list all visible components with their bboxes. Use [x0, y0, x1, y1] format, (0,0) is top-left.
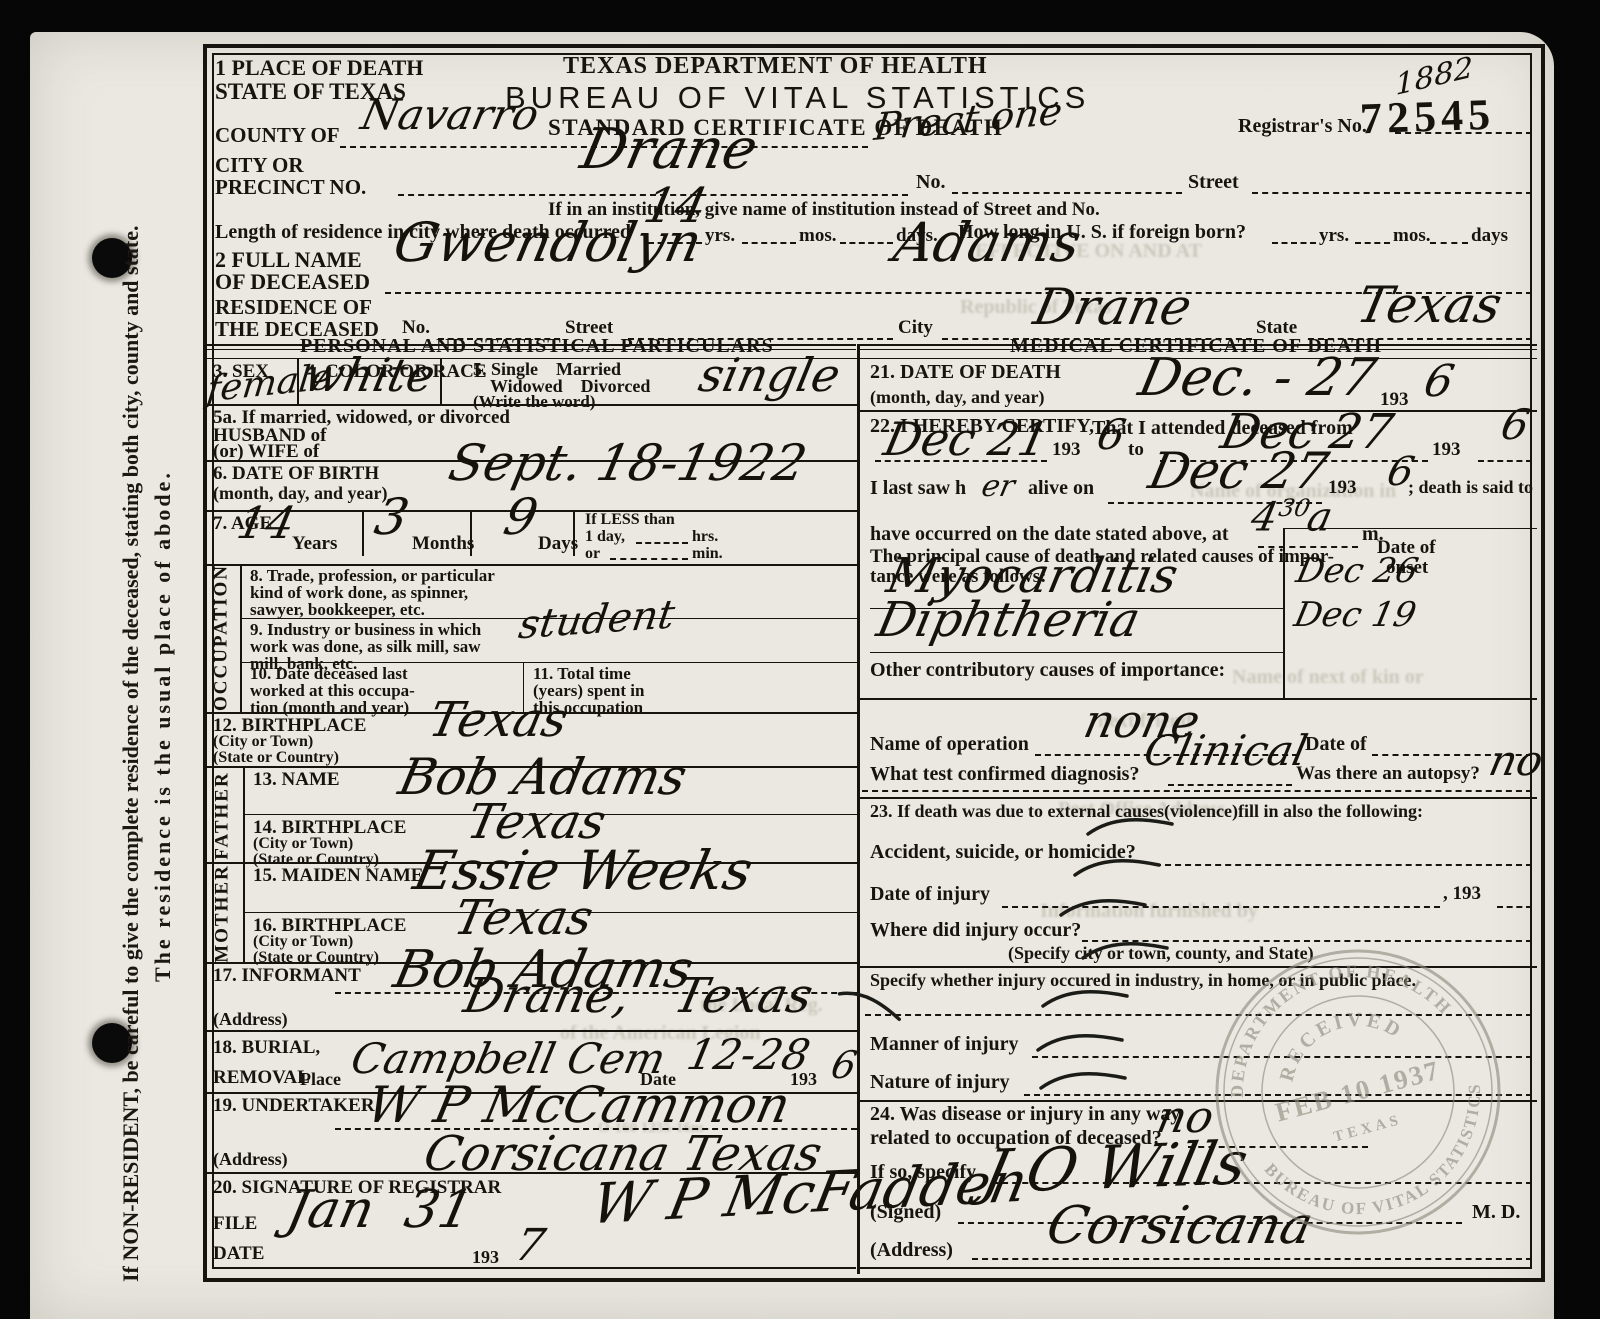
- fullname-label-1: 2 FULL NAME: [215, 248, 362, 271]
- city-or-label: CITY OR: [215, 154, 303, 176]
- occurred-label: have occurred on the date stated above, …: [870, 524, 1228, 545]
- mother-group-label: MOTHER: [213, 859, 232, 969]
- blank-line: [1168, 784, 1292, 786]
- contributory-label: Other contributory causes of importance:: [870, 660, 1225, 681]
- dob-value: Sept. 18-1922: [445, 438, 811, 488]
- operation-label: Name of operation: [870, 734, 1029, 755]
- f12-value: Texas: [425, 696, 572, 744]
- address-note: (Address): [213, 1010, 288, 1029]
- onset-box-top: [1283, 528, 1537, 529]
- column-divider: [856, 344, 860, 1274]
- race-value: white: [300, 352, 439, 398]
- undertaker-label: 19. UNDERTAKER: [213, 1096, 375, 1116]
- test-label: What test confirmed diagnosis?: [870, 764, 1139, 785]
- physician-address-label: (Address): [870, 1240, 953, 1261]
- rule: [870, 652, 1283, 653]
- pen-stroke: [1072, 853, 1162, 879]
- if-so-label: If so, specify: [870, 1162, 976, 1183]
- less-than-label-2: 1 day,: [585, 529, 625, 546]
- date-of-death-value: Dec. - 27: [1134, 352, 1380, 404]
- occupation-strip-divider: [240, 564, 242, 712]
- less-than-label-1: If LESS than: [585, 512, 675, 529]
- blank-line: [610, 558, 688, 560]
- res-city-value: Drane: [1030, 282, 1196, 332]
- rule: [240, 662, 857, 663]
- residence-label-1: RESIDENCE OF: [215, 296, 372, 318]
- place-of-death-label: 1 PLACE OF DEATH: [215, 56, 423, 79]
- burial-label-2: REMOVAL: [213, 1068, 310, 1088]
- f8-label-3: sawyer, bookkeeper, etc.: [250, 601, 425, 619]
- pen-stroke: [1035, 1028, 1125, 1054]
- cell-divider: [440, 358, 442, 404]
- to-label: to: [1128, 440, 1144, 460]
- lastsaw-label-3: ; death is said to: [1408, 478, 1533, 497]
- date-of-death-note: (month, day, and year): [870, 388, 1045, 407]
- months-label: Months: [412, 534, 474, 554]
- injury-where-label: Where did injury occur?: [870, 920, 1081, 941]
- or-label: or: [585, 546, 600, 563]
- informant-label: 17. INFORMANT: [213, 966, 361, 986]
- scanned-death-certificate: If NON-RESIDENT, be careful to give the …: [0, 0, 1600, 1319]
- lastsaw-date-value: Dec 27: [1145, 446, 1333, 496]
- pen-stroke: [1038, 1066, 1128, 1092]
- f13-label: 13. NAME: [253, 770, 340, 790]
- dob-note: (month, day, and year): [213, 484, 388, 503]
- state-country-note: (State or Country): [213, 750, 339, 767]
- rule: [203, 404, 857, 406]
- blank-line: [1478, 460, 1532, 462]
- file-date-value: Jan 31: [282, 1184, 477, 1236]
- blank-line: [972, 1258, 1532, 1260]
- blank-line: [1497, 906, 1532, 908]
- operation-date-label: Date of: [1305, 734, 1367, 755]
- occupation-related-label-1: 24. Was disease or injury in any way: [870, 1104, 1180, 1125]
- lastsaw-label-1: I last saw h: [870, 478, 966, 499]
- yrs-label: yrs.: [1319, 226, 1349, 246]
- margin-note-line2: The residence is the usual place of abod…: [150, 42, 176, 1282]
- onset-box-divider: [1283, 528, 1285, 698]
- rule: [857, 797, 1537, 799]
- blank-line: [1252, 192, 1532, 194]
- registrar-number-stamped: 72545: [1359, 92, 1496, 143]
- margin-note-line1: If NON-RESIDENT, be careful to give the …: [118, 42, 144, 1282]
- age-years-value: 14: [233, 502, 298, 546]
- test-value: Clinical: [1141, 730, 1311, 772]
- cause-of-death-2: Diphtheria: [873, 596, 1144, 644]
- burial-label-1: 18. BURIAL,: [213, 1038, 320, 1058]
- blank-line: [1155, 864, 1532, 866]
- burial-place-value: Campbell Cem: [348, 1038, 670, 1080]
- no-label: No.: [916, 172, 945, 193]
- precinct-no-label: PRECINCT NO.: [215, 176, 366, 198]
- hrs-label: hrs.: [692, 529, 718, 546]
- lastsaw-label-2: alive on: [1028, 478, 1094, 499]
- father-group-label: FATHER: [213, 761, 232, 871]
- onset-date-1: Dec 26: [1293, 554, 1421, 588]
- department-title: TEXAS DEPARTMENT OF HEALTH: [563, 54, 988, 79]
- parent-strip-divider: [243, 766, 245, 962]
- injury-date-label: Date of injury: [870, 884, 990, 905]
- printed-193: 193: [472, 1248, 499, 1267]
- blank-line: [862, 790, 1532, 792]
- blank-line: [636, 542, 688, 544]
- fullname-label-2: OF DECEASED: [215, 270, 370, 293]
- pen-stroke: [1080, 936, 1170, 962]
- min-label: min.: [692, 546, 723, 563]
- physician-signature-value: J O Wills: [978, 1133, 1253, 1202]
- marital-value: single: [695, 352, 844, 398]
- res-state-value: Texas: [1353, 280, 1506, 330]
- cell-divider: [470, 510, 472, 556]
- md-label: M. D.: [1472, 1202, 1520, 1223]
- undertaker-value: W P McCammon: [363, 1080, 795, 1130]
- blank-line: [875, 460, 1047, 462]
- manner-label: Manner of injury: [870, 1034, 1019, 1055]
- years-label: Years: [292, 534, 337, 554]
- cell-divider: [573, 510, 575, 556]
- dob-label: 6. DATE OF BIRTH: [213, 464, 379, 484]
- county-value-handwritten: Navarro: [358, 94, 543, 136]
- res-city-label: City: [898, 318, 933, 338]
- mos-label: mos.: [1393, 226, 1430, 246]
- attended-from-value: Dec 21: [880, 416, 1053, 462]
- occupation-value: student: [516, 595, 677, 646]
- registrar-no-label: Registrar's No.: [1238, 116, 1367, 137]
- signed-label: (Signed): [870, 1202, 941, 1223]
- blank-line: [1430, 242, 1468, 244]
- printed-193: , 193: [1443, 884, 1481, 904]
- blank-line: [1355, 242, 1390, 244]
- pen-stroke: [1058, 893, 1148, 919]
- informant-address-value: Drane, Texas: [460, 972, 817, 1020]
- date-of-death-label: 21. DATE OF DEATH: [870, 362, 1061, 383]
- days-label: days: [1471, 226, 1508, 246]
- printed-193: 193: [1432, 440, 1461, 460]
- pen-stroke: [1040, 984, 1130, 1010]
- cell-divider: [362, 510, 364, 556]
- autopsy-label: Was there an autopsy?: [1296, 764, 1480, 784]
- margin-note: If NON-RESIDENT, be careful to give the …: [118, 42, 202, 1282]
- stamp-texas: TEXAS: [1332, 1112, 1404, 1146]
- f16-value: Texas: [450, 894, 597, 942]
- date-label: DATE: [213, 1244, 264, 1264]
- printed-193: 193: [1052, 440, 1081, 460]
- time-of-death-value: 430a: [1248, 496, 1337, 537]
- city-value-handwritten: Drane: [576, 122, 762, 178]
- f5a-label-3: (or) WIFE of: [213, 442, 319, 462]
- pen-stroke: [1085, 812, 1175, 838]
- fullname-value-handwritten: Gwendolyn Adams: [389, 216, 1085, 270]
- blank-line: [952, 192, 1182, 194]
- street-label: Street: [1188, 172, 1239, 193]
- address-note: (Address): [213, 1150, 288, 1169]
- blank-line: [1395, 132, 1532, 134]
- autopsy-value: no: [1486, 740, 1547, 782]
- county-label: COUNTY OF: [215, 124, 340, 146]
- onset-date-2: Dec 19: [1291, 598, 1419, 632]
- occupation-group-label: OCCUPATION: [212, 563, 231, 713]
- f15-label: 15. MAIDEN NAME: [253, 866, 423, 886]
- nature-label: Nature of injury: [870, 1072, 1010, 1093]
- place-label: Place: [300, 1070, 341, 1089]
- lastsaw-er-handwritten: er: [979, 472, 1017, 502]
- file-label: FILE: [213, 1214, 257, 1234]
- cell-divider: [297, 358, 299, 404]
- blank-line: [1272, 242, 1316, 244]
